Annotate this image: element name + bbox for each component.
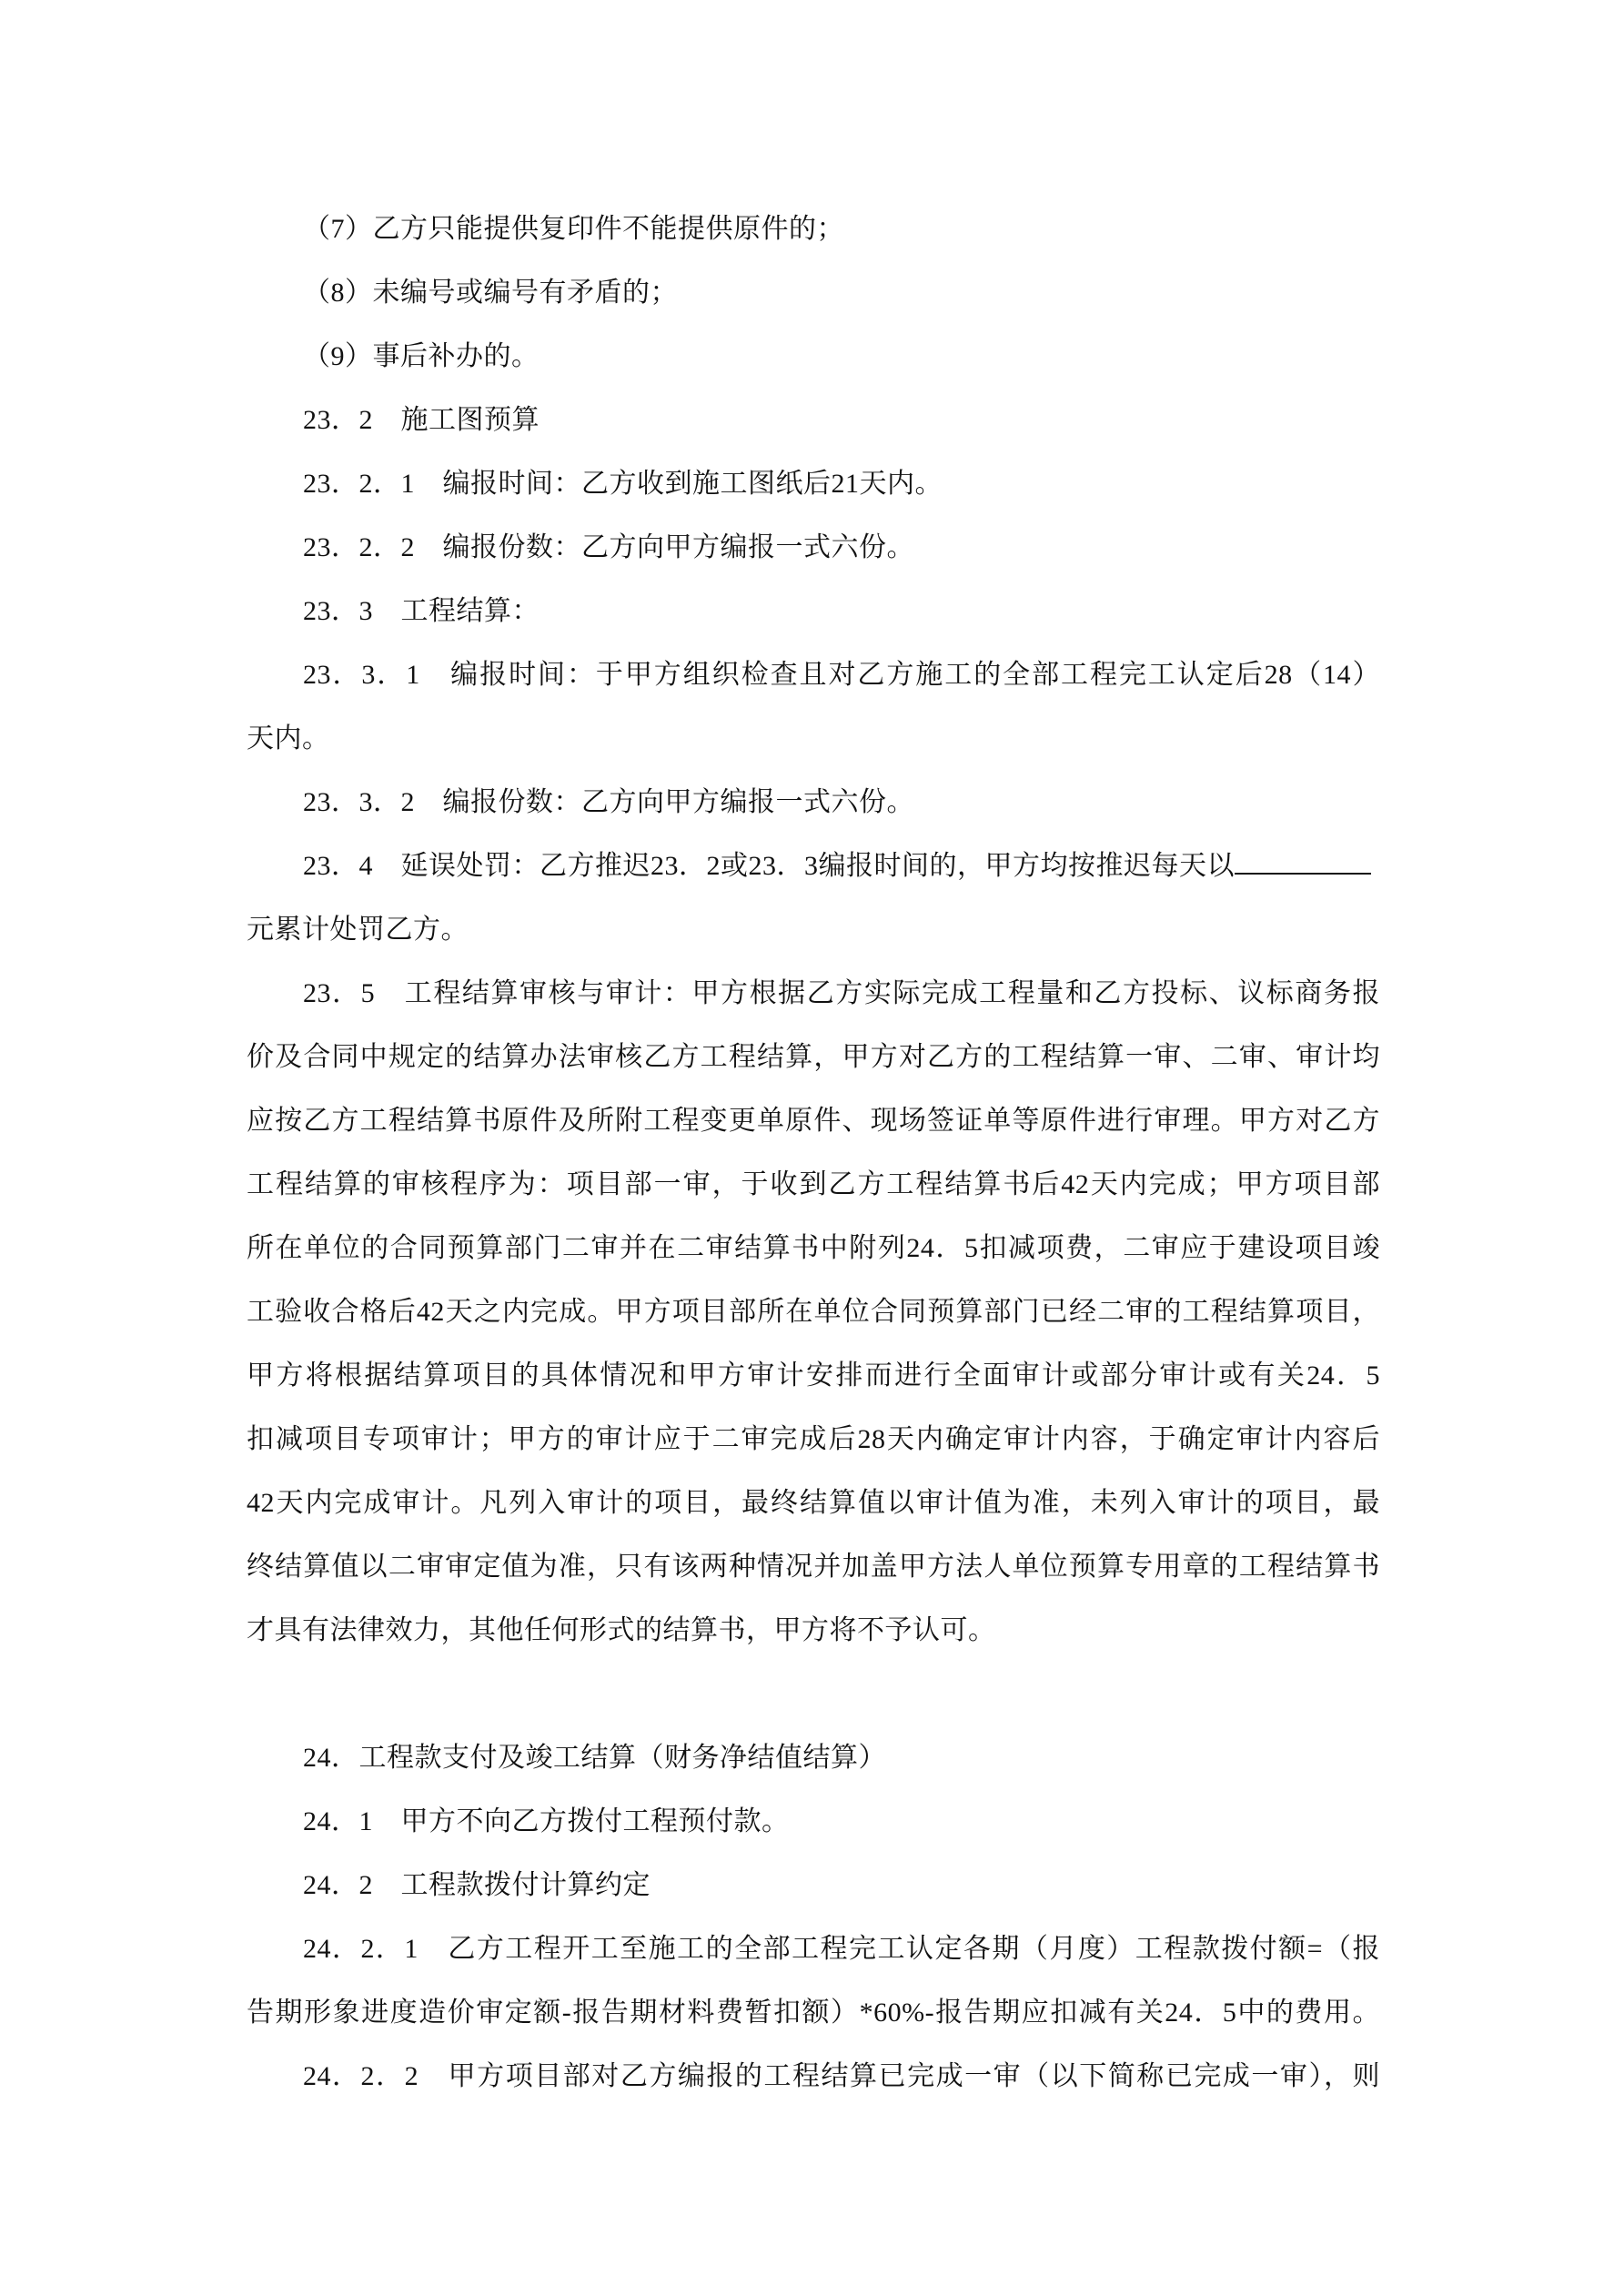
clause-24-1: 24．1 甲方不向乙方拨付工程预付款。	[303, 1804, 1380, 1840]
clause-23-5-line-10: 终结算值以二审审定值为准，只有该两种情况并加盖甲方法人单位预算专用章的工程结算书	[247, 1549, 1380, 1585]
clause-23-4-continued: 元累计处罚乙方。	[247, 912, 1380, 948]
clause-24-2-2: 24．2．2 甲方项目部对乙方编报的工程结算已完成一审（以下简称已完成一审），则	[303, 2058, 1380, 2095]
clause-24-2-1-continued: 告期形象进度造价审定额-报告期材料费暂扣额）*60%-报告期应扣减有关24．5中…	[247, 1995, 1380, 2031]
fill-in-blank	[1235, 849, 1371, 875]
clause-23-5-line-6: 工验收合格后42天之内完成。甲方项目部所在单位合同预算部门已经二审的工程结算项目…	[247, 1294, 1380, 1330]
clause-23-5-line-4: 工程结算的审核程序为：项目部一审，于收到乙方工程结算书后42天内完成；甲方项目部	[247, 1167, 1380, 1203]
clause-24-2-1: 24．2．1 乙方工程开工至施工的全部工程完工认定各期（月度）工程款拨付额=（报	[303, 1931, 1380, 1967]
clause-23-4: 23．4 延误处罚：乙方推迟23．2或23．3编报时间的，甲方均按推迟每天以	[303, 848, 1380, 885]
clause-23-2-1: 23．2．1 编报时间：乙方收到施工图纸后21天内。	[303, 466, 1380, 502]
clause-23-5-line-1: 23．5 工程结算审核与审计：甲方根据乙方实际完成工程量和乙方投标、议标商务报	[303, 976, 1380, 1012]
clause-23-4-text: 23．4 延误处罚：乙方推迟23．2或23．3编报时间的，甲方均按推迟每天以	[303, 851, 1235, 881]
list-item-9: （9）事后补办的。	[303, 339, 1380, 375]
section-heading-23-2: 23．2 施工图预算	[303, 402, 1380, 439]
clause-23-5-line-11: 才具有法律效力，其他任何形式的结算书，甲方将不予认可。	[247, 1613, 1380, 1649]
clause-23-3-1-continued: 天内。	[247, 721, 1380, 757]
section-heading-24-2: 24．2 工程款拨付计算约定	[303, 1867, 1380, 1904]
clause-23-2-2: 23．2．2 编报份数：乙方向甲方编报一式六份。	[303, 530, 1380, 566]
section-heading-23-3: 23．3 工程结算：	[303, 593, 1380, 630]
list-item-8: （8）未编号或编号有矛盾的；	[303, 275, 1380, 311]
clause-23-5-line-2: 价及合同中规定的结算办法审核乙方工程结算，甲方对乙方的工程结算一审、二审、审计均	[247, 1039, 1380, 1076]
clause-23-5-line-8: 扣减项目专项审计；甲方的审计应于二审完成后28天内确定审计内容，于确定审计内容后	[247, 1421, 1380, 1458]
list-item-7: （7）乙方只能提供复印件不能提供原件的；	[303, 211, 1380, 248]
clause-23-3-2: 23．3．2 编报份数：乙方向甲方编报一式六份。	[303, 784, 1380, 821]
section-heading-24: 24．工程款支付及竣工结算（财务净结值结算）	[303, 1740, 1380, 1776]
clause-23-3-1: 23．3．1 编报时间：于甲方组织检查且对乙方施工的全部工程完工认定后28（14…	[303, 657, 1380, 693]
clause-23-5-line-5: 所在单位的合同预算部门二审并在二审结算书中附列24．5扣减项费，二审应于建设项目…	[247, 1230, 1380, 1267]
document-page: （7）乙方只能提供复印件不能提供原件的； （8）未编号或编号有矛盾的； （9）事…	[0, 0, 1624, 2296]
clause-23-5-line-7: 甲方将根据结算项目的具体情况和甲方审计安排而进行全面审计或部分审计或有关24．5	[247, 1358, 1380, 1394]
clause-23-5-line-9: 42天内完成审计。凡列入审计的项目，最终结算值以审计值为准，未列入审计的项目，最	[247, 1485, 1380, 1522]
clause-23-5-line-3: 应按乙方工程结算书原件及所附工程变更单原件、现场签证单等原件进行审理。甲方对乙方	[247, 1103, 1380, 1139]
